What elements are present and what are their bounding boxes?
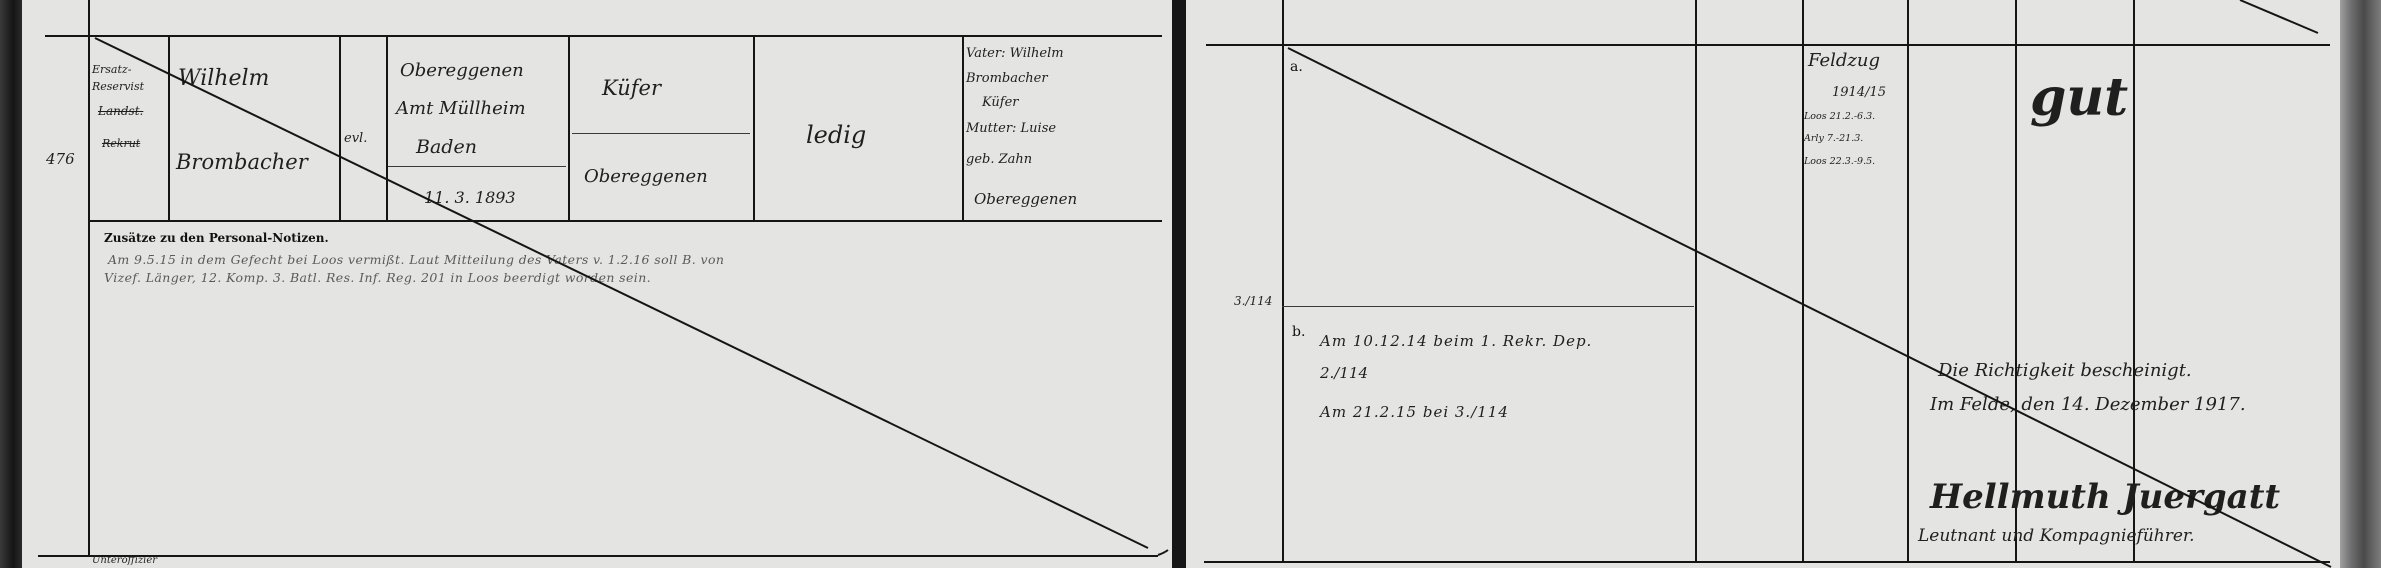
col-parents-left [962, 37, 964, 220]
rank: Ersatz-Reservist [92, 62, 166, 95]
col-rank-left [88, 35, 90, 556]
section-b-line3: Am 21.2.15 bei 3./114 [1320, 405, 1509, 420]
residence: Obereggenen [584, 168, 708, 186]
left-row-bottom-line [88, 220, 1162, 222]
left-page-bottom-line [38, 555, 1158, 557]
right-col-4 [1907, 0, 1909, 561]
birthplace-line1: Obereggenen [400, 62, 524, 80]
notes-line-2: Vizef. Länger, 12. Komp. 3. Batl. Res. I… [104, 272, 651, 285]
right-col-2 [1695, 0, 1697, 561]
notes-section-title: Zusätze zu den Personal-Notizen. [104, 232, 329, 244]
col-firstname-left [168, 37, 170, 220]
campaign-years: 1914/15 [1832, 86, 1886, 99]
col-occupation-left [568, 37, 570, 220]
birth-date: 11. 3. 1893 [424, 190, 516, 206]
left-row-top-line [45, 35, 1162, 37]
occupation-divider [572, 133, 750, 134]
col-religion-left [339, 37, 341, 220]
section-b-divider [1282, 306, 1694, 307]
book-binding-right [2338, 0, 2381, 568]
campaign-entry-1: Loos 21.2.-6.3. [1804, 112, 1875, 122]
parents-line5: geb. Zahn [966, 153, 1032, 166]
campaign-entry-3: Loos 22.3.-9.5. [1804, 157, 1875, 167]
campaign-entry-2: Arly 7.-21.3. [1804, 134, 1863, 144]
first-name: Wilhelm [178, 68, 269, 90]
parents-line4: Mutter: Luise [966, 122, 1056, 135]
signature: Hellmuth Juergatt [1930, 480, 2280, 514]
section-b-line2: 2./114 [1320, 366, 1368, 381]
parents-line2: Brombacher [966, 72, 1048, 85]
religion: evl. [344, 132, 367, 145]
certification-line2: Im Felde, den 14. Dezember 1917. [1930, 396, 2246, 414]
book-binding-center [1170, 0, 1186, 568]
birthplace-divider [388, 166, 566, 167]
right-col-3 [1802, 0, 1804, 561]
last-name: Brombacher [176, 152, 308, 173]
occupation: Küfer [602, 78, 661, 99]
col-marital-left [753, 37, 755, 220]
right-row-top-line [1206, 44, 2330, 46]
section-a-label: a. [1290, 60, 1303, 74]
certification-line1: Die Richtigkeit bescheinigt. [1938, 362, 2192, 380]
birthplace-line3: Baden [416, 138, 477, 157]
signature-title: Leutnant und Kompagnieführer. [1918, 528, 2195, 545]
right-col-a-top [1282, 0, 1284, 561]
parents-line3: Küfer [982, 96, 1019, 109]
section-b-line1: Am 10.12.14 beim 1. Rekr. Dep. [1320, 334, 1592, 349]
book-binding-left [0, 0, 22, 568]
conduct-grade: gut [2030, 72, 2128, 124]
notes-line-1: Am 9.5.15 in dem Gefecht bei Loos vermiß… [108, 254, 724, 267]
marital-status: ledig [806, 123, 866, 147]
unit-marginal: 3./114 [1234, 295, 1272, 307]
bottom-label: Unteroffizier [92, 556, 157, 566]
parents-line1: Vater: Wilhelm [966, 47, 1064, 60]
campaign-title: Feldzug [1808, 52, 1880, 70]
row-number: 476 [46, 152, 75, 167]
rank-struck-2: Rekrut [102, 138, 140, 149]
parents-line6: Obereggenen [974, 192, 1077, 207]
col-birthplace-left [386, 37, 388, 220]
birthplace-line2: Amt Müllheim [396, 100, 526, 118]
rank-struck: Landst. [98, 105, 143, 117]
section-b-label: b. [1292, 325, 1305, 339]
left-page-margin-line [88, 0, 90, 35]
right-page-bottom-line [1204, 561, 2330, 563]
